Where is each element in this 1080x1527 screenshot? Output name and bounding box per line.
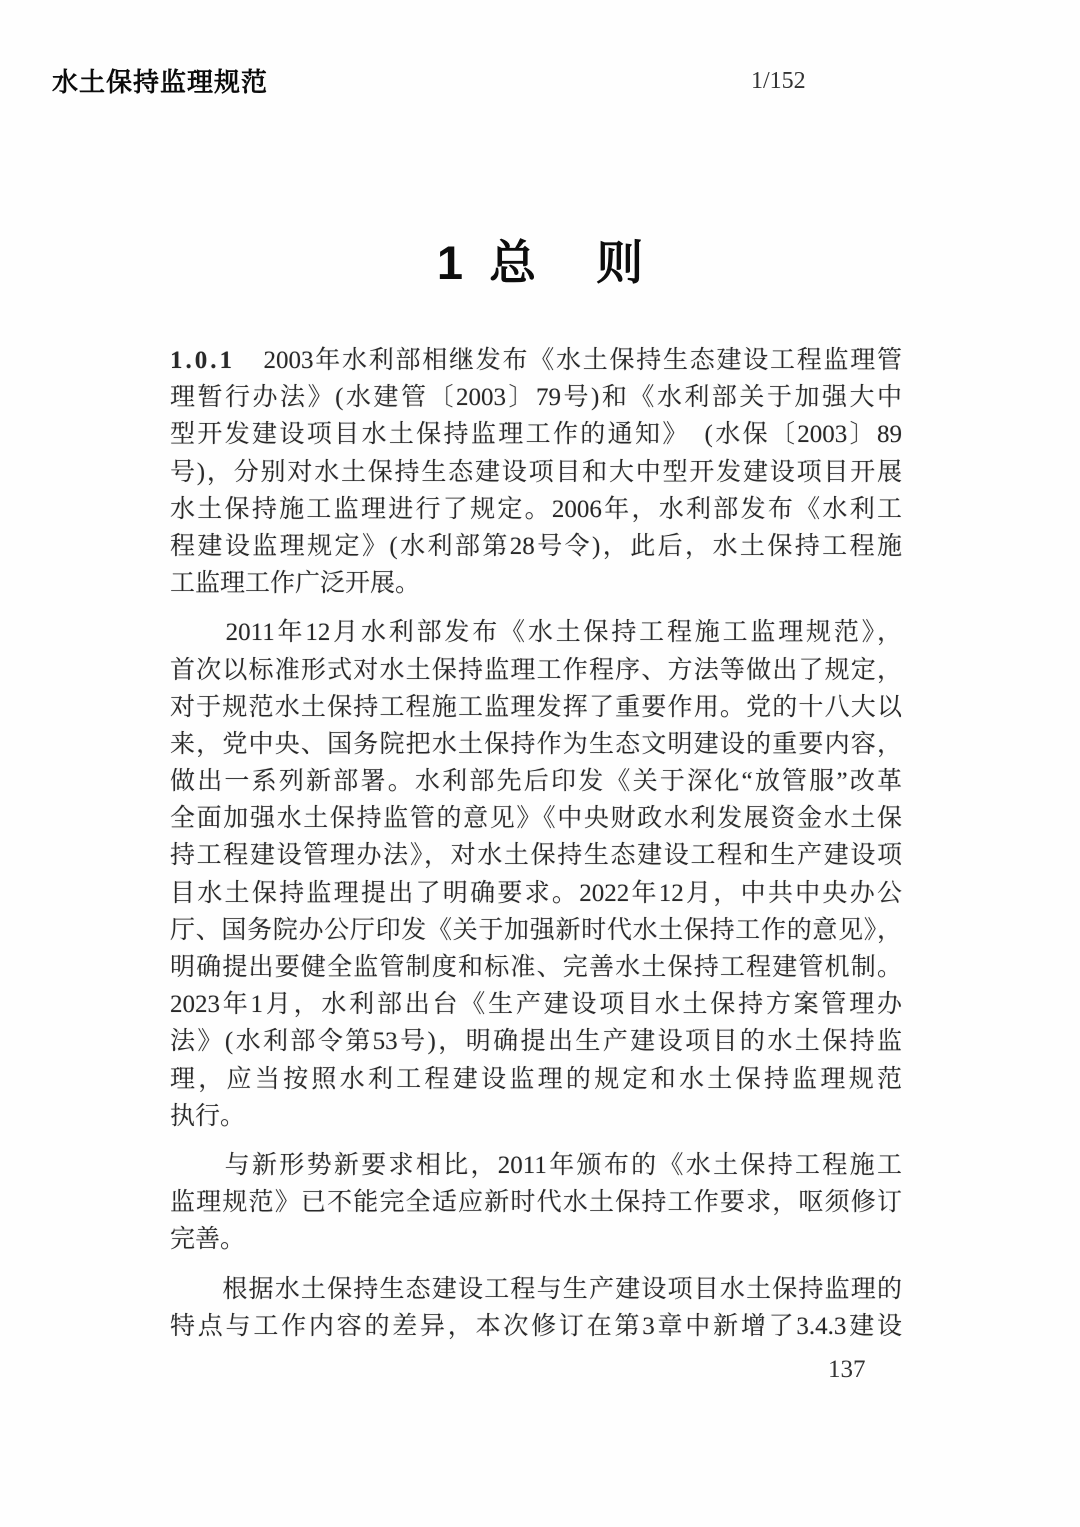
document-page: 水土保持监理规范 1/152 1 总 则 1.0.1 2003年水利部相继发布《… xyxy=(0,0,1080,1527)
section-number: 1.0.1 xyxy=(170,347,235,374)
paragraph-1-lines: 理暂行办法》(水建管〔2003〕79号)和《水利部关于加强大中型开发建设项目水土… xyxy=(170,379,902,602)
text-line: 做出一系列新部署。水利部先后印发《关于深化“放管服”改革 xyxy=(170,763,902,800)
page-indicator: 1/152 xyxy=(751,68,806,95)
text-line: 对于规范水土保持工程施工监理发挥了重要作用。党的十八大以 xyxy=(170,689,902,726)
text-line: 工监理工作广泛开展。 xyxy=(170,565,902,602)
text-line: 全面加强水土保持监管的意见》《中央财政水利发展资金水土保 xyxy=(170,800,902,837)
text-line: 执行。 xyxy=(170,1098,902,1135)
paragraph-1: 1.0.1 2003年水利部相继发布《水土保持生态建设工程监理管 理暂行办法》(… xyxy=(170,342,902,602)
text-line: 持工程建设管理办法》，对水土保持生态建设工程和生产建设项 xyxy=(170,837,902,874)
footer-page-number: 137 xyxy=(828,1356,866,1384)
text-line: 号)，分别对水土保持生态建设项目和大中型开发建设项目开展 xyxy=(170,454,902,491)
text-line: 根据水土保持生态建设工程与生产建设项目水土保持监理的 xyxy=(170,1271,902,1308)
document-title: 水土保持监理规范 xyxy=(52,62,268,99)
text-line: 程建设监理规定》(水利部第28号令)，此后，水土保持工程施 xyxy=(170,528,902,565)
text-line: 厅、国务院办公厅印发《关于加强新时代水土保持工作的意见》， xyxy=(170,912,902,949)
text-line: 2011年12月水利部发布《水土保持工程施工监理规范》， xyxy=(170,614,902,651)
text-line: 型开发建设项目水土保持监理工作的通知》 (水保〔2003〕89 xyxy=(170,416,902,453)
text-line: 完善。 xyxy=(170,1221,902,1258)
text-line: 2023年1月，水利部出台《生产建设项目水土保持方案管理办 xyxy=(170,986,902,1023)
text-line: 来，党中央、国务院把水土保持作为生态文明建设的重要内容， xyxy=(170,726,902,763)
paragraph-1-first-line: 2003年水利部相继发布《水土保持生态建设工程监理管 xyxy=(235,347,902,374)
document-body: 1.0.1 2003年水利部相继发布《水土保持生态建设工程监理管 理暂行办法》(… xyxy=(170,342,902,1357)
text-line: 理暂行办法》(水建管〔2003〕79号)和《水利部关于加强大中 xyxy=(170,379,902,416)
text-line: 明确提出要健全监管制度和标准、完善水土保持工程建管机制。 xyxy=(170,949,902,986)
chapter-title: 1 总 则 xyxy=(0,226,1080,293)
text-line: 监理规范》已不能完全适应新时代水土保持工作要求，呕须修订 xyxy=(170,1184,902,1221)
text-line: 目水土保持监理提出了明确要求。2022年12月，中共中央办公 xyxy=(170,875,902,912)
text-line: 水土保持施工监理进行了规定。2006年，水利部发布《水利工 xyxy=(170,491,902,528)
text-line: 理，应当按照水利工程建设监理的规定和水土保持监理规范 xyxy=(170,1061,902,1098)
text-line: 特点与工作内容的差异，本次修订在第3章中新增了3.4.3建设 xyxy=(170,1308,902,1345)
text-line: 法》(水利部令第53号)，明确提出生产建设项目的水土保持监 xyxy=(170,1023,902,1060)
paragraph-3: 与新形势新要求相比，2011年颁布的《水土保持工程施工监理规范》已不能完全适应新… xyxy=(170,1147,902,1259)
paragraph-2: 2011年12月水利部发布《水土保持工程施工监理规范》，首次以标准形式对水土保持… xyxy=(170,614,902,1135)
text-line: 首次以标准形式对水土保持监理工作程序、方法等做出了规定， xyxy=(170,652,902,689)
text-line: 与新形势新要求相比，2011年颁布的《水土保持工程施工 xyxy=(170,1147,902,1184)
paragraph-4: 根据水土保持生态建设工程与生产建设项目水土保持监理的特点与工作内容的差异，本次修… xyxy=(170,1271,902,1345)
text-line: 1.0.1 2003年水利部相继发布《水土保持生态建设工程监理管 xyxy=(170,342,902,379)
